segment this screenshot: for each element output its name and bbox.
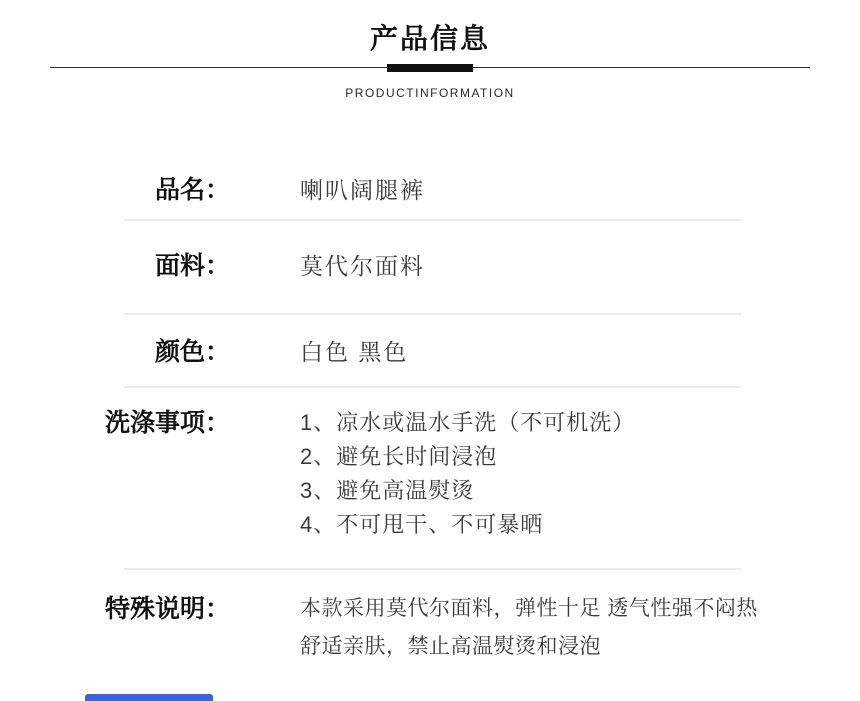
washing-instruction-list: 1、凉水或温水手洗（不可机洗） 2、避免长时间浸泡 3、避免高温熨烫 4、不可甩… (300, 406, 635, 542)
row-value-fabric: 莫代尔面料 (300, 251, 425, 281)
special-notes-text: 本款采用莫代尔面料，弹性十足 透气性强不闷热 舒适亲肤，禁止高温熨烫和浸泡 (300, 590, 758, 666)
title-rule-accent-bar (387, 64, 473, 72)
row-value-name: 喇叭阔腿裤 (300, 175, 425, 205)
washing-item-3: 3、避免高温熨烫 (300, 474, 635, 508)
product-info-header: 产品信息 PRODUCTINFORMATION (0, 0, 860, 100)
info-row-special-notes: 特殊说明： 本款采用莫代尔面料，弹性十足 透气性强不闷热 舒适亲肤，禁止高温熨烫… (0, 570, 860, 676)
row-label-color: 颜色： (0, 337, 230, 367)
washing-item-1: 1、凉水或温水手洗（不可机洗） (300, 406, 635, 440)
page-title: 产品信息 (0, 22, 860, 56)
info-row-fabric: 面料： 莫代尔面料 (0, 221, 860, 313)
row-label-name: 品名： (0, 175, 230, 205)
row-label-fabric: 面料： (0, 251, 230, 281)
page-subtitle: PRODUCTINFORMATION (0, 86, 860, 100)
special-notes-line-2: 舒适亲肤，禁止高温熨烫和浸泡 (300, 628, 758, 666)
row-label-special-notes: 特殊说明： (0, 590, 230, 628)
washing-item-4: 4、不可甩干、不可暴晒 (300, 508, 635, 542)
next-section-accent-bar (85, 694, 213, 701)
washing-item-2: 2、避免长时间浸泡 (300, 440, 635, 474)
product-info-table: 品名： 喇叭阔腿裤 面料： 莫代尔面料 颜色： 白色 黑色 洗涤事项： 1、凉水… (0, 100, 860, 676)
special-notes-line-1: 本款采用莫代尔面料，弹性十足 透气性强不闷热 (300, 590, 758, 628)
row-label-washing: 洗涤事项： (0, 406, 230, 440)
title-rule (50, 64, 810, 72)
row-value-color: 白色 黑色 (300, 337, 408, 367)
info-row-washing: 洗涤事项： 1、凉水或温水手洗（不可机洗） 2、避免长时间浸泡 3、避免高温熨烫… (0, 388, 860, 568)
info-row-name: 品名： 喇叭阔腿裤 (0, 100, 860, 219)
info-row-color: 颜色： 白色 黑色 (0, 315, 860, 386)
